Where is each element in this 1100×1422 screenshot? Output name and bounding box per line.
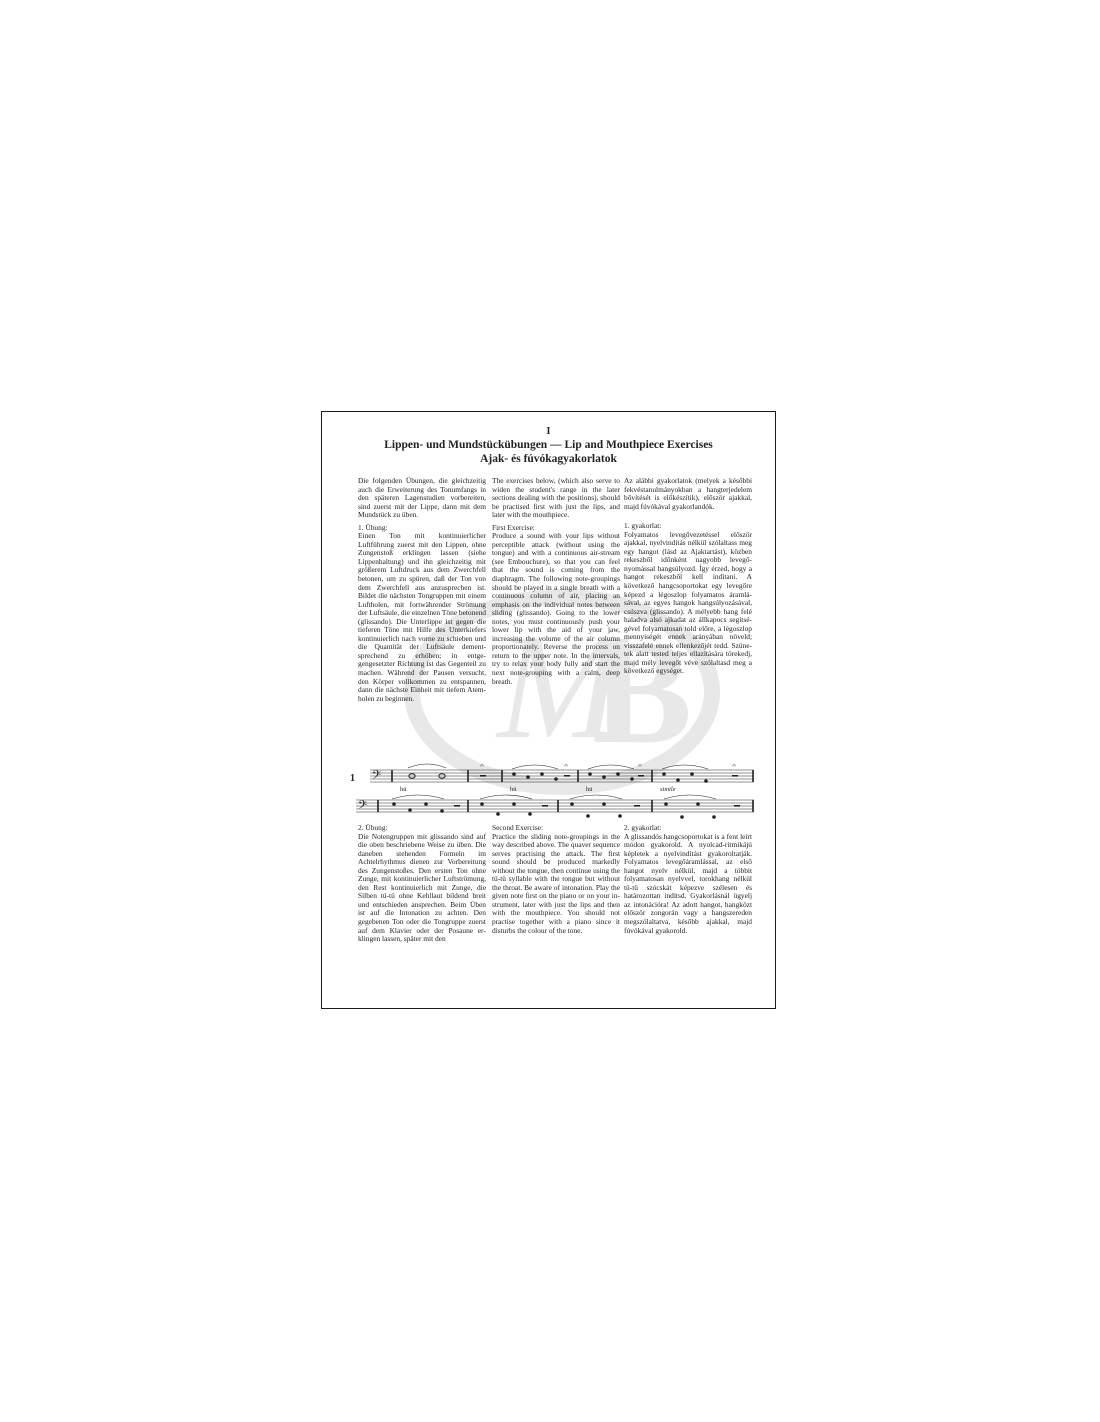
english-intro: The exercises below, (which also serve t… [492,477,620,520]
syllable-label: hū [400,786,407,793]
english-exercise1-text: Produce a sound with your lips without p… [492,531,620,685]
english-column-top: The exercises below, (which also serve t… [492,477,620,690]
german-exercise2-text: Die Notengruppen mit glissan­do sind auf… [358,832,486,944]
music-notation-exercise-1: 𝄢 𝄢 1 [342,760,762,822]
fermata-icon: 𝄐 [480,762,484,770]
german-intro: Die folgenden Übungen, die gleich­zeitig… [358,477,486,520]
hungarian-intro: Az alábbi gyakorlatok (melyek a későbbi … [624,477,752,511]
hungarian-column-bottom: 2. gyakorlat: A glissandós hangcsoportok… [624,824,752,939]
page-header: I Lippen- und Mundstückübungen — Lip and… [322,426,775,466]
page-title: Lippen- und Mundstückübungen — Lip and M… [322,438,775,452]
syllable-label: hū [510,786,517,793]
bass-clef-icon: 𝄢 [372,769,381,785]
section-number: I [322,426,775,438]
hungarian-exercise2-text: A glissandós hangcsoportokat is a fent l… [624,832,752,935]
fermata-icon: 𝄐 [564,762,568,770]
english-column-bottom: Second Exercise: Practice the sliding no… [492,824,620,939]
fermata-icon: 𝄐 [732,762,736,770]
hungarian-column-top: Az alábbi gyakorlatok (melyek a későbbi … [624,477,752,680]
hungarian-exercise1-text: Folyamatos levegővezetéssel elő­ször aja… [624,530,752,676]
german-exercise1-text: Einen Ton mit kontinuierlicher Luftführu… [358,531,486,702]
bass-clef-icon: 𝄢 [358,799,367,815]
syllable-label: hū [586,786,593,793]
music-staves: 𝄢 𝄢 1 [342,760,762,822]
german-column-top: Die folgenden Übungen, die gleich­zeitig… [358,477,486,707]
score-page: M B I Lippen- und Mundstückübungen — Lip… [321,411,776,1009]
fermata-icon: 𝄐 [638,762,642,770]
exercise-number: 1 [350,773,355,784]
english-exercise2-text: Practice the sliding note-groupings in t… [492,832,620,935]
page-subtitle: Ajak- és fúvókagyakorlatok [322,452,775,466]
simile-marking: simile [660,786,676,793]
german-column-bottom: 2. Übung: Die Notengruppen mit glissan­d… [358,824,486,948]
